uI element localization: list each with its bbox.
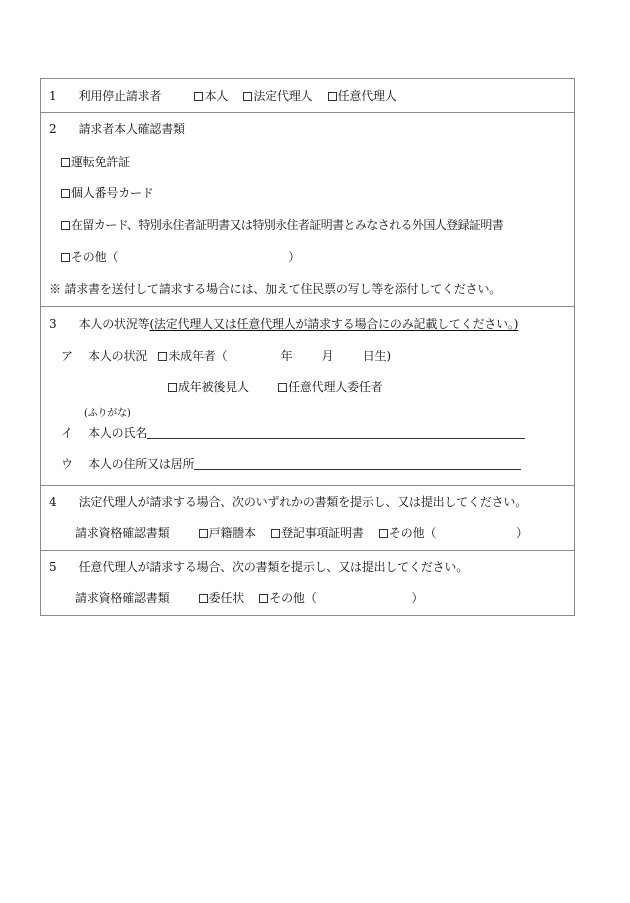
- subject-status-row: ア 本人の状況 未成年者（ 年 月 日生): [61, 348, 391, 364]
- checkbox-power-of-attorney[interactable]: 委任状: [199, 591, 244, 605]
- section-title-note: (法定代理人又は任意代理人が請求する場合にのみ記載してください。): [149, 317, 518, 331]
- item-label-u: ウ: [61, 457, 73, 471]
- item-title-address: 本人の住所又は居所: [88, 457, 194, 471]
- item-title-name: 本人の氏名: [88, 426, 147, 440]
- checkbox-icon[interactable]: [61, 221, 70, 230]
- checkbox-other-document[interactable]: その他（）: [61, 249, 300, 265]
- checkbox-icon[interactable]: [199, 594, 208, 603]
- checkbox-icon[interactable]: [243, 92, 252, 101]
- subject-name-row: イ 本人の氏名: [61, 425, 525, 441]
- note: ※ 請求書を送付して請求する場合には、加えて住民票の写し等を添付してください。: [49, 281, 501, 297]
- checkbox-other-voluntary[interactable]: その他（: [259, 591, 316, 605]
- checkbox-self[interactable]: 本人: [194, 89, 228, 103]
- checkbox-icon[interactable]: [194, 92, 203, 101]
- checkbox-my-number-card[interactable]: 個人番号カード: [61, 185, 154, 201]
- section-requester: 1 利用停止請求者 本人 法定代理人 任意代理人: [41, 79, 574, 113]
- section-title: 法定代理人が請求する場合、次のいずれかの書類を提示し、又は提出してください。: [79, 495, 527, 509]
- qualification-docs-label: 請求資格確認書類: [75, 526, 169, 540]
- section-legal-agent-documents: 4 法定代理人が請求する場合、次のいずれかの書類を提示し、又は提出してください。…: [41, 486, 574, 551]
- item-label-a: ア: [61, 349, 73, 363]
- section-number: 1: [49, 88, 71, 104]
- checkbox-voluntary-agent[interactable]: 任意代理人: [328, 89, 397, 103]
- checkbox-drivers-license[interactable]: 運転免許証: [61, 154, 130, 170]
- checkbox-icon[interactable]: [259, 594, 268, 603]
- section-number: 5: [49, 559, 71, 575]
- section-number: 4: [49, 494, 71, 510]
- furigana-label: (ふりがな): [84, 406, 131, 422]
- checkbox-icon[interactable]: [61, 253, 70, 262]
- section-title: 利用停止請求者: [79, 89, 162, 103]
- subject-status-row-2: 成年被後見人 任意代理人委任者: [168, 379, 382, 395]
- item-title-status: 本人の状況: [88, 349, 147, 363]
- checkbox-icon[interactable]: [278, 383, 287, 392]
- section-number: 3: [49, 316, 71, 332]
- request-form-table: 1 利用停止請求者 本人 法定代理人 任意代理人 2 請求者本人確認書類 運転免…: [40, 78, 575, 616]
- note-text: 請求書を送付して請求する場合には、加えて住民票の写し等を添付してください。: [64, 282, 501, 296]
- checkbox-other-legal[interactable]: その他（: [379, 526, 436, 540]
- checkbox-icon[interactable]: [328, 92, 337, 101]
- checkbox-registry-certificate[interactable]: 登記事項証明書: [271, 526, 364, 540]
- checkbox-legal-agent[interactable]: 法定代理人: [243, 89, 312, 103]
- checkbox-icon[interactable]: [199, 529, 208, 538]
- section-title: 請求者本人確認書類: [79, 122, 185, 136]
- checkbox-icon[interactable]: [61, 158, 70, 167]
- section-title: 任意代理人が請求する場合、次の書類を提示し、又は提出してください。: [79, 560, 468, 574]
- checkbox-delegator[interactable]: 任意代理人委任者: [278, 380, 382, 394]
- checkbox-icon[interactable]: [379, 529, 388, 538]
- checkbox-icon[interactable]: [61, 189, 70, 198]
- checkbox-icon[interactable]: [271, 529, 280, 538]
- subject-address-input[interactable]: [194, 457, 521, 470]
- checkbox-residence-card[interactable]: 在留カード、特別永住者証明書又は特別永住者証明書とみなされる外国人登録証明書: [61, 217, 503, 233]
- checkbox-minor[interactable]: 未成年者（: [158, 349, 227, 363]
- section-number: 2: [49, 121, 71, 137]
- checkbox-adult-ward[interactable]: 成年被後見人: [168, 380, 249, 394]
- checkbox-icon[interactable]: [168, 383, 177, 392]
- section-subject-status: 3 本人の状況等(法定代理人又は任意代理人が請求する場合にのみ記載してください。…: [41, 307, 574, 486]
- qualification-docs-label: 請求資格確認書類: [75, 591, 169, 605]
- note-mark: ※: [49, 282, 61, 296]
- section-voluntary-agent-documents: 5 任意代理人が請求する場合、次の書類を提示し、又は提出してください。 請求資格…: [41, 551, 574, 615]
- subject-name-input[interactable]: [147, 426, 525, 439]
- subject-address-row: ウ 本人の住所又は居所: [61, 456, 521, 472]
- checkbox-icon[interactable]: [158, 352, 167, 361]
- section-title: 本人の状況等: [79, 317, 150, 331]
- item-label-i: イ: [61, 426, 73, 440]
- section-identity-documents: 2 請求者本人確認書類 運転免許証 個人番号カード 在留カード、特別永住者証明書…: [41, 113, 574, 307]
- checkbox-family-register[interactable]: 戸籍謄本: [199, 526, 256, 540]
